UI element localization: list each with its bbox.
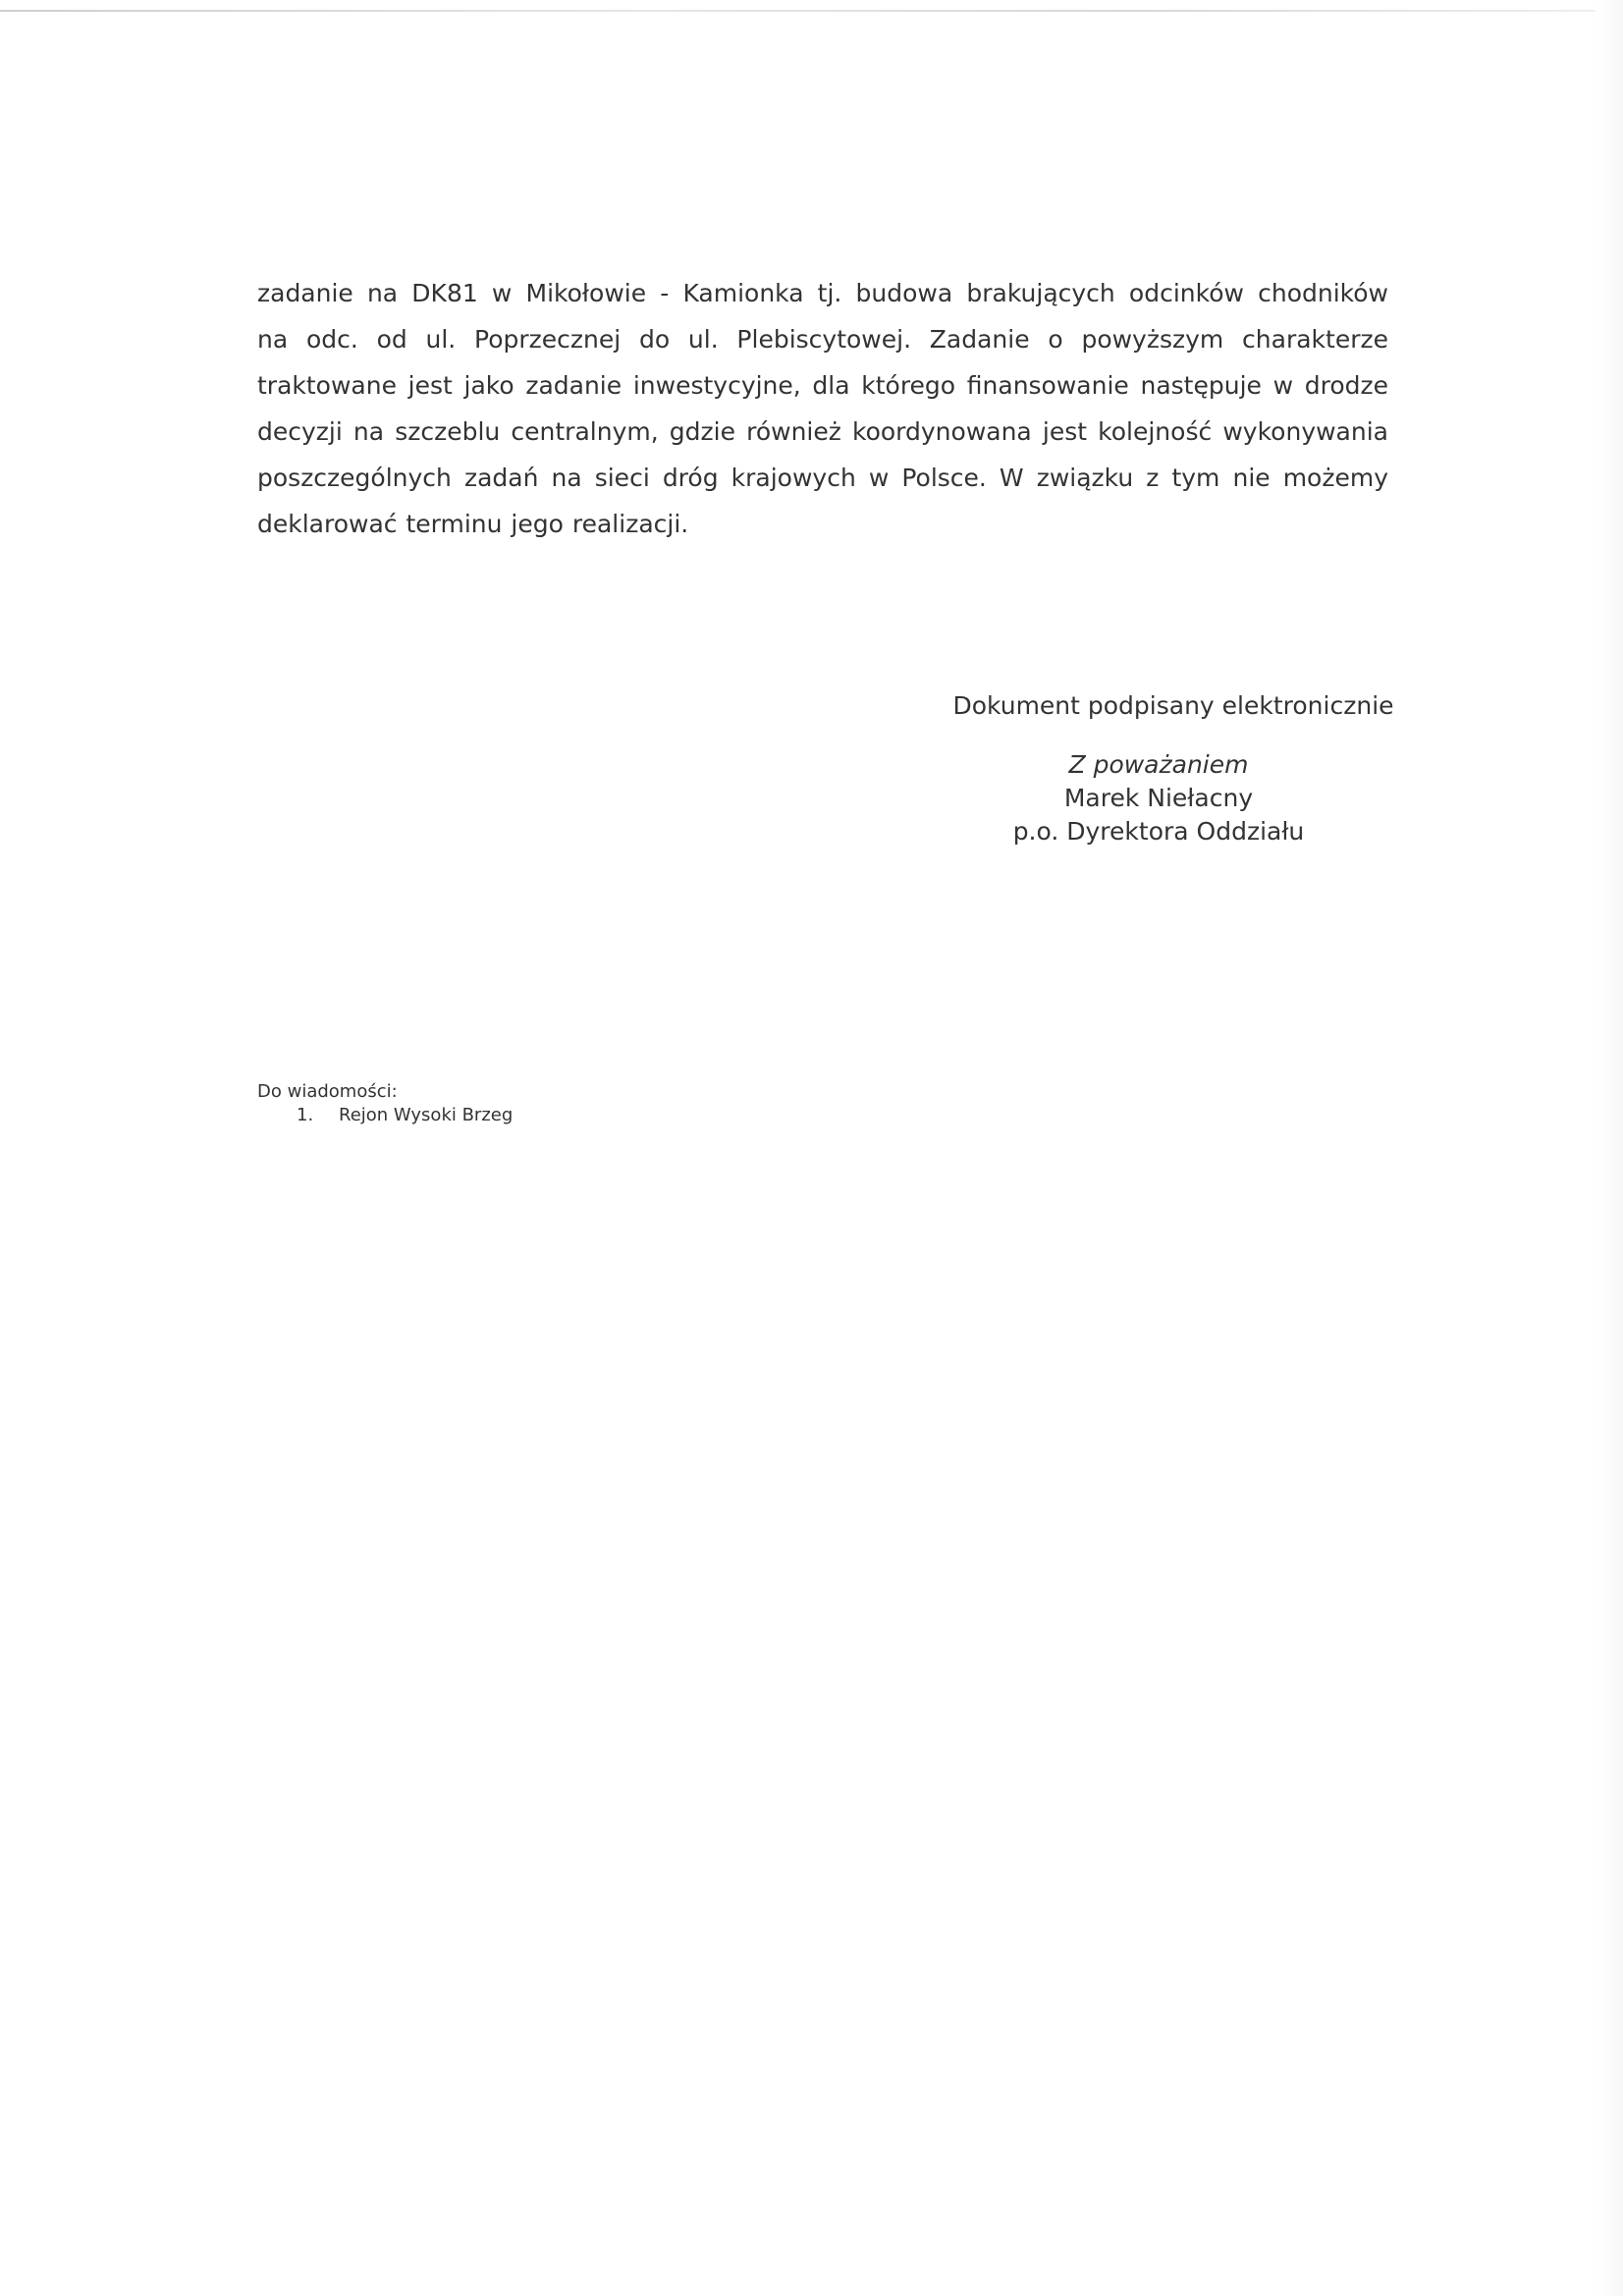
letter-body: zadanie na DK81 w Mikołowie - Kamionka t…	[257, 270, 1388, 547]
body-line: poszczególnych zadań na sieci dróg krajo…	[257, 455, 1388, 501]
signatory: Z poważaniem Marek Niełacny p.o. Dyrekto…	[913, 748, 1404, 848]
body-line: decyzji na szczeblu centralnym, gdzie ró…	[257, 409, 1388, 455]
distribution-list: Do wiadomości: 1.Rejon Wysoki Brzeg	[257, 1080, 513, 1127]
signature-block: Dokument podpisany elektronicznie Z powa…	[913, 689, 1404, 848]
scan-edge-line	[0, 10, 1623, 12]
signatory-title: p.o. Dyrektora Oddziału	[913, 815, 1404, 848]
body-line: na odc. od ul. Poprzecznej do ul. Plebis…	[257, 316, 1388, 362]
signature-status: Dokument podpisany elektronicznie	[943, 689, 1404, 723]
scan-right-edge	[1596, 0, 1623, 2296]
signatory-name: Marek Niełacny	[913, 782, 1404, 815]
closing-phrase: Z poważaniem	[913, 748, 1404, 782]
distribution-item: 1.Rejon Wysoki Brzeg	[257, 1104, 513, 1127]
body-line: traktowane jest jako zadanie inwestycyjn…	[257, 362, 1388, 409]
body-line: zadanie na DK81 w Mikołowie - Kamionka t…	[257, 270, 1388, 316]
body-line: deklarować terminu jego realizacji.	[257, 501, 1388, 547]
item-recipient: Rejon Wysoki Brzeg	[339, 1105, 513, 1125]
item-number: 1.	[297, 1104, 339, 1127]
distribution-heading: Do wiadomości:	[257, 1080, 513, 1104]
